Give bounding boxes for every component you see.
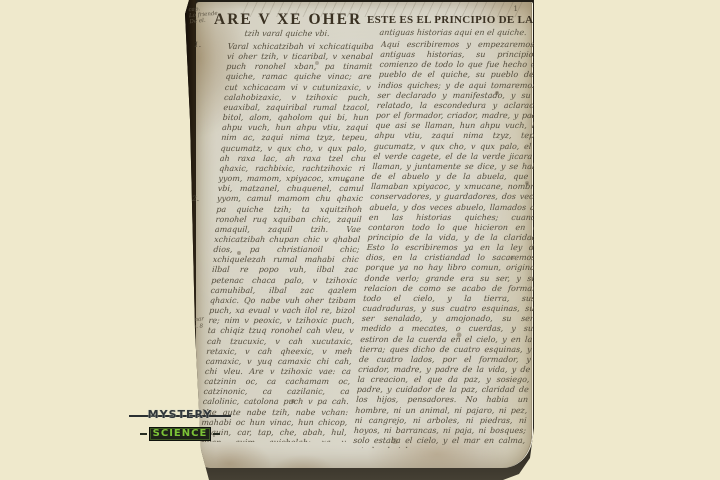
manuscript-photo: cap. Lo friende De el. 1 1. 2. 3 qumar c… [185,0,534,480]
spanish-title: ESTE ES EL PRINCIPIO DE LAS [367,13,539,28]
kiche-subtitle: tzih varal quiche vbi. [213,29,360,39]
kiche-title: ARE V XE OHER [214,11,360,29]
watermark-dash-right [213,433,220,435]
margin-marker-2: 2. [192,194,199,203]
margin-marker-3: 3 [189,308,194,317]
watermark-science-label: SCIENCE [153,428,208,439]
spanish-body-text: Aqui escribiremos y empezaremos las anti… [353,40,554,448]
watermark-mystery-label: MYSTERY [148,408,213,421]
folio-number: 1 [514,5,518,13]
parchment-page: cap. Lo friende De el. 1 1. 2. 3 qumar c… [196,2,532,468]
watermark-mystery-text: MYSTERY [136,408,224,421]
page-text-area: cap. Lo friende De el. 1 1. 2. 3 qumar c… [196,2,531,468]
margin-annotation-3: qumar cap. 8 [186,316,205,330]
page-background: { "colors": { "page_background": "#efe9c… [0,0,720,480]
spanish-subtitle: antiguas historias aqui en el quiche. [366,28,539,38]
kiche-body-text: Varal xchicatzibah vi xchicatiquiba vi o… [200,42,374,442]
watermark-science-text: SCIENCE [149,427,212,441]
kiche-column: ARE V XE OHER tzih varal quiche vbi. Var… [214,11,360,448]
watermark-logo: MYSTERY SCIENCE [136,408,224,441]
two-column-text: ARE V XE OHER tzih varal quiche vbi. Var… [214,11,525,448]
watermark-dash-left [140,433,147,435]
spanish-column: ESTE ES EL PRINCIPIO DE LAS antiguas his… [367,11,539,448]
margin-marker-1: 1. [194,40,201,49]
top-margin-annotation: cap. Lo friende De el. [188,5,218,25]
